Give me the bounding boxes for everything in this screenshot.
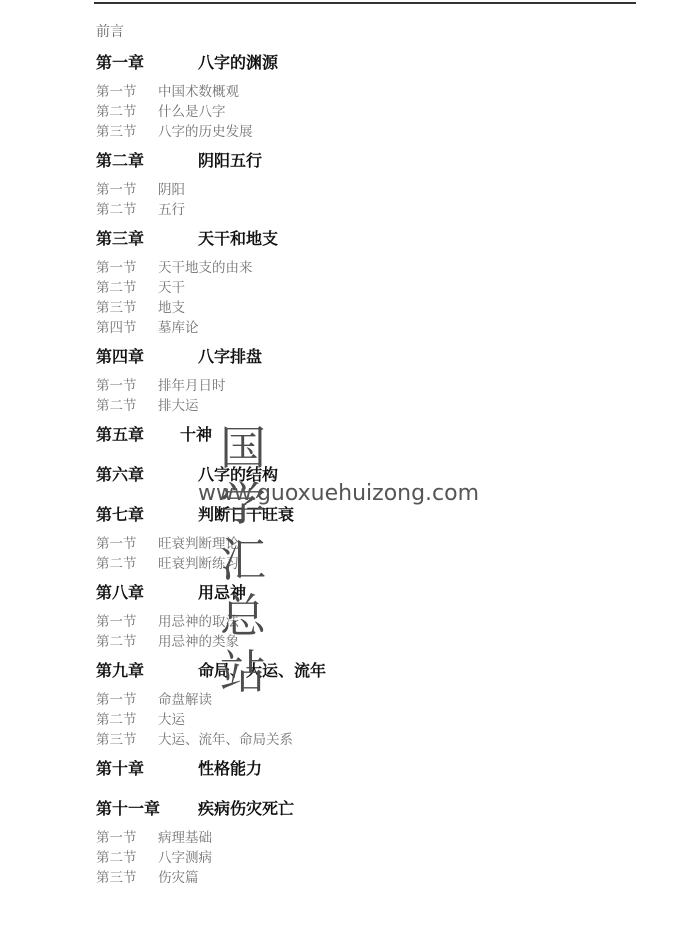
section-title: 八字测病	[158, 848, 212, 868]
section-title: 八字的历史发展	[158, 122, 253, 142]
chapter-heading[interactable]: 第一章 八字的渊源	[96, 50, 616, 76]
section-number: 第四节	[96, 318, 158, 338]
section-title: 地支	[158, 298, 185, 318]
chapter-number: 第二章	[96, 148, 198, 174]
chapter-heading[interactable]: 第九章 命局、大运、流年	[96, 658, 616, 684]
chapter-heading[interactable]: 第三章 天干和地支	[96, 226, 616, 252]
chapter-heading[interactable]: 第十一章 疾病伤灾死亡	[96, 796, 616, 822]
chapter-title: 十神	[180, 422, 212, 448]
chapter-title: 八字的渊源	[198, 50, 278, 76]
section-number: 第一节	[96, 258, 158, 278]
section-number: 第二节	[96, 200, 158, 220]
section-title: 旺衰判断理论	[158, 534, 239, 554]
section-item[interactable]: 第三节伤灾篇	[96, 868, 616, 888]
section-number: 第二节	[96, 848, 158, 868]
section-title: 五行	[158, 200, 185, 220]
section-number: 第二节	[96, 554, 158, 574]
chapter-heading[interactable]: 第七章 判断日干旺衰	[96, 502, 616, 528]
section-list: 第一节排年月日时 第二节排大运	[96, 376, 616, 416]
chapter-title: 天干和地支	[198, 226, 278, 252]
section-title: 天干	[158, 278, 185, 298]
section-item[interactable]: 第三节地支	[96, 298, 616, 318]
chapter-heading[interactable]: 第八章 用忌神	[96, 580, 616, 606]
section-title: 中国术数概观	[158, 82, 239, 102]
section-number: 第三节	[96, 298, 158, 318]
section-item[interactable]: 第二节排大运	[96, 396, 616, 416]
section-item[interactable]: 第一节阴阳	[96, 180, 616, 200]
section-list: 第一节阴阳 第二节五行	[96, 180, 616, 220]
section-item[interactable]: 第三节大运、流年、命局关系	[96, 730, 616, 750]
section-item[interactable]: 第一节用忌神的取法	[96, 612, 616, 632]
chapter-title: 八字排盘	[198, 344, 262, 370]
section-title: 用忌神的类象	[158, 632, 239, 652]
section-title: 病理基础	[158, 828, 212, 848]
chapter-title: 性格能力	[198, 756, 262, 782]
section-list: 第一节天干地支的由来 第二节天干 第三节地支 第四节墓库论	[96, 258, 616, 338]
section-title: 大运、流年、命局关系	[158, 730, 293, 750]
chapter-title: 疾病伤灾死亡	[198, 796, 294, 822]
chapter-title: 判断日干旺衰	[198, 502, 294, 528]
section-number: 第一节	[96, 612, 158, 632]
section-number: 第一节	[96, 534, 158, 554]
chapter-number: 第八章	[96, 580, 198, 606]
section-number: 第三节	[96, 122, 158, 142]
chapter-heading[interactable]: 第六章 八字的结构	[96, 462, 616, 488]
section-item[interactable]: 第二节旺衰判断练习	[96, 554, 616, 574]
table-of-contents: 前言 第一章 八字的渊源 第一节中国术数概观 第二节什么是八字 第三节八字的历史…	[96, 22, 616, 894]
section-title: 用忌神的取法	[158, 612, 239, 632]
section-item[interactable]: 第一节旺衰判断理论	[96, 534, 616, 554]
chapter-number: 第十章	[96, 756, 198, 782]
top-rule	[94, 2, 636, 4]
section-number: 第二节	[96, 278, 158, 298]
chapter-number: 第四章	[96, 344, 198, 370]
section-item[interactable]: 第一节病理基础	[96, 828, 616, 848]
section-item[interactable]: 第一节排年月日时	[96, 376, 616, 396]
chapter-title: 八字的结构	[198, 462, 278, 488]
section-item[interactable]: 第一节命盘解读	[96, 690, 616, 710]
section-number: 第三节	[96, 730, 158, 750]
chapter-heading[interactable]: 第五章 十神	[96, 422, 616, 448]
section-number: 第三节	[96, 868, 158, 888]
section-title: 什么是八字	[158, 102, 226, 122]
section-title: 排大运	[158, 396, 199, 416]
chapter-number: 第七章	[96, 502, 198, 528]
section-item[interactable]: 第二节五行	[96, 200, 616, 220]
section-title: 阴阳	[158, 180, 185, 200]
section-number: 第一节	[96, 690, 158, 710]
section-number: 第一节	[96, 180, 158, 200]
chapter-number: 第九章	[96, 658, 198, 684]
chapter-number: 第十一章	[96, 796, 198, 822]
section-item[interactable]: 第一节天干地支的由来	[96, 258, 616, 278]
section-number: 第二节	[96, 710, 158, 730]
section-title: 排年月日时	[158, 376, 226, 396]
chapter-number: 第一章	[96, 50, 198, 76]
section-list: 第一节病理基础 第二节八字测病 第三节伤灾篇	[96, 828, 616, 888]
section-title: 大运	[158, 710, 185, 730]
section-number: 第二节	[96, 632, 158, 652]
section-list: 第一节用忌神的取法 第二节用忌神的类象	[96, 612, 616, 652]
section-title: 命盘解读	[158, 690, 212, 710]
chapter-heading[interactable]: 第四章 八字排盘	[96, 344, 616, 370]
chapter-title: 命局、大运、流年	[198, 658, 326, 684]
chapter-title: 用忌神	[198, 580, 246, 606]
chapter-heading[interactable]: 第二章 阴阳五行	[96, 148, 616, 174]
section-item[interactable]: 第二节什么是八字	[96, 102, 616, 122]
section-item[interactable]: 第三节八字的历史发展	[96, 122, 616, 142]
section-number: 第一节	[96, 82, 158, 102]
section-item[interactable]: 第二节八字测病	[96, 848, 616, 868]
chapter-number: 第五章	[96, 422, 180, 448]
section-list: 第一节中国术数概观 第二节什么是八字 第三节八字的历史发展	[96, 82, 616, 142]
toc-preface[interactable]: 前言	[96, 22, 616, 42]
section-number: 第二节	[96, 102, 158, 122]
section-number: 第一节	[96, 376, 158, 396]
section-title: 旺衰判断练习	[158, 554, 239, 574]
section-item[interactable]: 第一节中国术数概观	[96, 82, 616, 102]
section-list: 第一节旺衰判断理论 第二节旺衰判断练习	[96, 534, 616, 574]
section-title: 伤灾篇	[158, 868, 199, 888]
section-item[interactable]: 第二节天干	[96, 278, 616, 298]
chapter-heading[interactable]: 第十章 性格能力	[96, 756, 616, 782]
section-title: 天干地支的由来	[158, 258, 253, 278]
chapter-number: 第六章	[96, 462, 198, 488]
section-number: 第二节	[96, 396, 158, 416]
section-title: 墓库论	[158, 318, 199, 338]
section-item[interactable]: 第四节墓库论	[96, 318, 616, 338]
section-list: 第一节命盘解读 第二节大运 第三节大运、流年、命局关系	[96, 690, 616, 750]
section-item[interactable]: 第二节大运	[96, 710, 616, 730]
chapter-number: 第三章	[96, 226, 198, 252]
section-item[interactable]: 第二节用忌神的类象	[96, 632, 616, 652]
section-number: 第一节	[96, 828, 158, 848]
chapter-title: 阴阳五行	[198, 148, 262, 174]
